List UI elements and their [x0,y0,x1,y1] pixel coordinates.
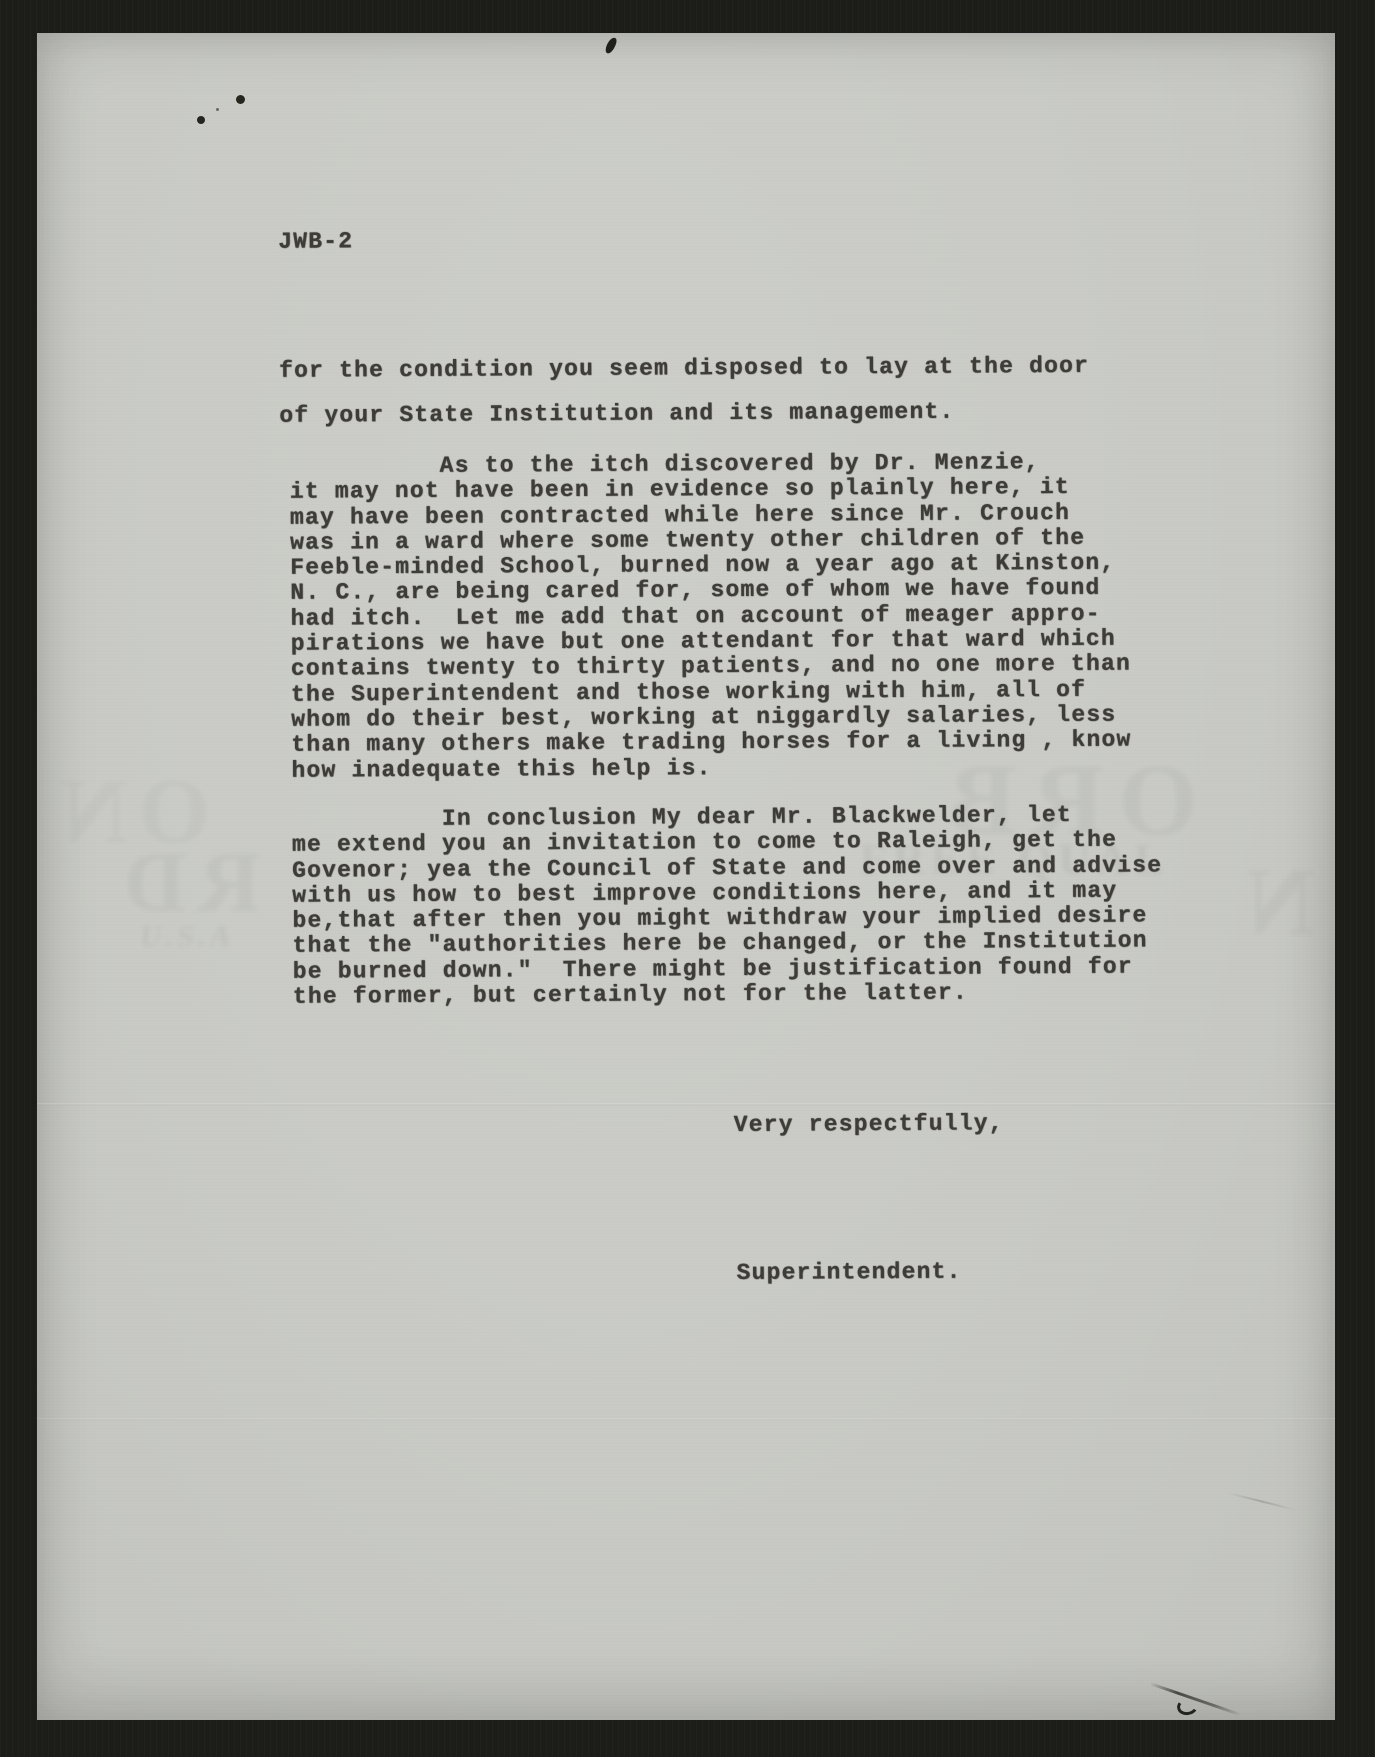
page-number: JWB-2 [278,229,353,255]
ink-speck [236,95,245,104]
letter-closing: Very respectfully, [734,1111,1004,1138]
ink-speck [197,116,205,124]
typewritten-content: JWB-2 for the condition you seem dispose… [0,0,1375,1757]
letter-paragraph-2: As to the itch discovered by Dr. Menzie,… [290,450,1132,784]
ink-speck [216,108,219,111]
letter-paragraph-3: In conclusion My dear Mr. Blackwelder, l… [292,802,1163,1010]
signature-title: Superintendent. [736,1260,961,1287]
letter-paragraph-1: for the condition you seem disposed to l… [279,344,1090,439]
